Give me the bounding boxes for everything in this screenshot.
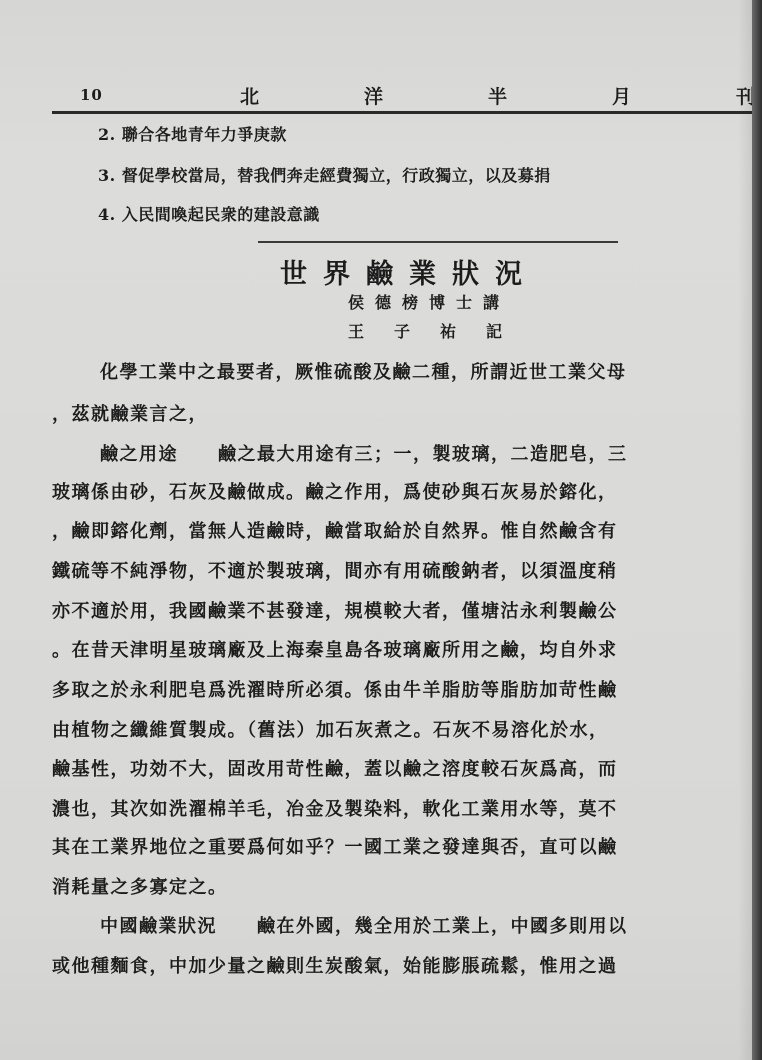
- document-page: 10 北 洋 半 月 刊 2. 聯合各地青年力爭庚款 3. 督促學校當局，替我們…: [0, 0, 752, 1060]
- body-line: 。在昔天津明星玻璃廠及上海秦皇島各玻璃廠所用之鹼，均自外求: [52, 636, 618, 662]
- journal-title-char: 刊: [736, 82, 752, 109]
- body-line: 多取之於永利肥皂爲洗濯時所必須。係由牛羊脂肪等脂肪加苛性鹼: [52, 676, 618, 702]
- body-line: 化學工業中之最要者，厥惟硫酸及鹼二種，所謂近世工業父母: [100, 358, 627, 384]
- journal-title-char: 半: [488, 82, 612, 109]
- list-item: 4. 入民間喚起民衆的建設意識: [98, 202, 320, 225]
- body-line: 或他種麵食，中加少量之鹼則生炭酸氣，始能膨脹疏鬆，惟用之過: [52, 952, 618, 978]
- body-line: 濃也，其次如洗濯棉羊毛，冶金及製染料，軟化工業用水等，莫不: [52, 795, 618, 821]
- byline-lecturer: 侯德榜博士講: [348, 290, 510, 313]
- body-line: 其在工業界地位之重要爲何如乎？一國工業之發達與否，直可以鹼: [52, 833, 618, 859]
- page-number: 10: [80, 86, 103, 104]
- body-line: 鹼基性，功効不大，固改用苛性鹼，蓋以鹼之溶度較石灰爲高，而: [52, 755, 618, 781]
- journal-title-char: 洋: [364, 82, 488, 109]
- section-china-first-line: 中國鹼業狀況鹼在外國，幾全用於工業上，中國多則用以: [100, 912, 628, 938]
- body-line: 鐵硫等不純淨物，不適於製玻璃，間亦有用硫酸鈉者，以須溫度稍: [52, 557, 618, 583]
- title-divider: [258, 241, 618, 243]
- article-title: 世界鹼業狀況: [280, 252, 538, 291]
- running-header: 10 北 洋 半 月 刊: [52, 78, 752, 114]
- body-line: 由植物之纖維質製成。（舊法）加石灰煮之。石灰不易溶化於水，: [52, 716, 609, 742]
- section-subhead-uses: 鹼之用途: [100, 440, 178, 466]
- body-line: 亦不適於用，我國鹼業不甚發達，規模較大者，僅塘沽永利製鹼公: [52, 597, 618, 623]
- byline-recorder: 王子祐記: [348, 319, 532, 342]
- body-line: ，鹼即鎔化劑，當無人造鹼時，鹼當取給於自然界。惟自然鹼含有: [52, 517, 618, 543]
- section-subhead-china: 中國鹼業狀況: [100, 912, 217, 938]
- list-item: 2. 聯合各地青年力爭庚款: [98, 122, 287, 145]
- section-uses-first-line: 鹼之用途鹼之最大用途有三；一，製玻璃，二造肥皂，三: [100, 440, 628, 466]
- body-text: 鹼在外國，幾全用於工業上，中國多則用以: [257, 916, 628, 937]
- body-line: 玻璃係由砂，石灰及鹼做成。鹼之作用，爲使砂與石灰易於鎔化，: [52, 478, 618, 504]
- list-item: 3. 督促學校當局，替我們奔走經費獨立，行政獨立，以及募捐: [98, 163, 551, 186]
- body-line: 消耗量之多寡定之。: [52, 873, 228, 899]
- page-edge-shadow: [752, 0, 762, 1060]
- body-text: 鹼之最大用途有三；一，製玻璃，二造肥皂，三: [218, 444, 628, 465]
- header-divider: [52, 111, 752, 114]
- journal-title-char: 北: [240, 82, 364, 109]
- body-line: ，茲就鹼業言之，: [52, 400, 208, 426]
- journal-title: 北 洋 半 月 刊: [240, 82, 752, 109]
- journal-title-char: 月: [612, 82, 736, 109]
